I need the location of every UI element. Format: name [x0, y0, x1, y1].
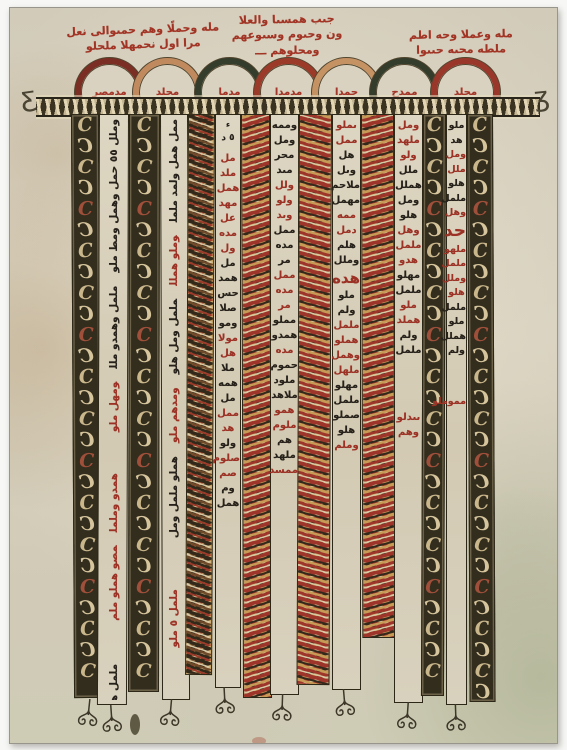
vine-scroll-glyph: C: [129, 640, 158, 661]
syriac-word: ومدهم ملو: [168, 387, 180, 443]
vine-scroll-glyph: C: [469, 492, 495, 515]
vine-scroll-glyph: C: [467, 177, 493, 200]
ornament-column-chevB: [297, 114, 332, 685]
syriac-word: ومل: [395, 121, 422, 131]
inscription-line: مله وعملا وحه اطم: [390, 26, 532, 44]
syriac-word: ومهل ملو: [108, 382, 120, 432]
syriac-word: مهد: [216, 199, 240, 209]
vine-scroll-glyph: C: [423, 156, 446, 179]
syriac-word: همو: [271, 406, 298, 416]
vine-scroll-glyph: C: [422, 408, 445, 431]
vine-scroll-glyph: C: [72, 303, 100, 326]
syriac-word: عل: [216, 214, 240, 224]
vine-scroll-glyph: C: [128, 492, 159, 516]
syriac-word: ملهل: [333, 366, 360, 376]
inscription-line: ملطه محىه حىىوا: [390, 41, 532, 59]
syriac-word: وهم: [395, 428, 422, 438]
vine-scroll-glyph: C: [467, 219, 493, 242]
syriac-word: هدو: [395, 256, 422, 266]
syriac-word: مهمل: [333, 196, 360, 206]
syriac-word: همد: [216, 274, 240, 284]
vine-scroll-glyph: C: [469, 534, 495, 557]
syriac-word: هد: [216, 424, 240, 434]
vine-scroll-glyph: C: [470, 640, 494, 661]
syriac-word: ومل: [271, 136, 298, 146]
braid-mesh: [36, 99, 540, 115]
vine-scroll-glyph: C: [468, 303, 494, 326]
vine-scroll-glyph: C: [467, 114, 493, 137]
ornament-column-vine: CCCCCCCCCCCCCCCCCCCCCCCCCCC: [128, 114, 160, 692]
syriac-word: همل: [216, 184, 240, 194]
vine-scroll-glyph: C: [128, 429, 159, 453]
vine-scroll-glyph: C: [422, 577, 443, 598]
syriac-word: همل: [216, 499, 240, 509]
syriac-word: هملل: [447, 332, 466, 342]
syriac-word: ملهد: [271, 451, 298, 461]
vine-scroll-glyph: C: [423, 514, 444, 535]
vine-scroll-glyph: C: [422, 429, 445, 452]
text-gap: [447, 361, 466, 397]
vine-scroll-glyph: C: [421, 660, 444, 683]
syriac-word: ملهو: [447, 245, 466, 255]
syriac-word: هملو ململ ومل: [168, 456, 180, 538]
vine-scroll-glyph: C: [130, 262, 159, 283]
vine-scroll-glyph: C: [421, 597, 444, 620]
text-stack: ء٥ دململدهملمهدعلمدهولملهمدحسصلاومومولاه…: [216, 115, 240, 509]
vertical-text-column: وملل ٥٥ حمل وهمل ومط ملوململ وهمدو مللوم…: [102, 119, 126, 700]
vine-scroll-glyph: C: [73, 408, 101, 431]
vine-scroll-glyph: C: [467, 156, 493, 179]
syriac-word: ولو: [395, 151, 422, 161]
vine-scroll-glyph: C: [470, 681, 496, 702]
syriac-word: ولل: [271, 181, 298, 191]
vine-scroll-glyph: C: [468, 429, 494, 452]
syriac-word: وهل: [395, 226, 422, 236]
syriac-word: وملو هملل: [168, 235, 180, 286]
vine-scroll-glyph: C: [74, 514, 100, 535]
syriac-word: هلو: [333, 426, 360, 436]
syriac-word: ململ: [395, 241, 422, 251]
ornament-column-chevB: [361, 114, 395, 638]
syriac-word: ململ: [395, 346, 422, 356]
syriac-word: ملل: [395, 166, 422, 176]
syriac-word: ملو: [447, 121, 466, 131]
syriac-word: هلو: [395, 211, 422, 221]
inscription-line: ون وحىوم وسىوعهم: [226, 26, 348, 44]
vine-scroll-glyph: C: [468, 366, 494, 389]
text-stack: وململهدولومللهمللوملهلووهلململهدومهلوملم…: [395, 115, 422, 438]
text-gap: [395, 361, 422, 413]
chevron-pattern: [186, 115, 214, 674]
pendant-tassel: [330, 687, 359, 727]
syriac-word: ملهد: [395, 136, 422, 146]
chevron-pattern: [362, 115, 394, 637]
vine-scroll-glyph: C: [71, 156, 99, 179]
vine-scroll-glyph: C: [129, 240, 160, 264]
text-stack: وممهوملمحرمىدوللولووىدمملمدهمرمملمدهمرمم…: [271, 115, 298, 476]
vine-scroll-glyph: C: [423, 451, 444, 472]
syriac-word: مده: [271, 346, 298, 356]
vine-scroll-glyph: C: [469, 660, 495, 683]
screenshot-canvas: مله وحملًا وهم حمىوالى نعلمرا اول نحمهلا…: [0, 0, 567, 750]
syriac-word: مل: [216, 259, 240, 269]
text-column: ء٥ دململدهملمهدعلمدهولملهمدحسصلاومومولاه…: [215, 114, 241, 688]
vine-scroll-glyph: C: [128, 618, 159, 642]
vine-scroll-glyph: C: [469, 388, 493, 409]
syriac-word: وملم: [333, 441, 360, 451]
syriac-word: هملل: [395, 181, 422, 191]
syriac-word: صملو: [333, 411, 360, 421]
pendant-tassel: [442, 703, 469, 742]
syriac-word: وملل: [447, 274, 466, 284]
syriac-word: مموملو: [447, 397, 466, 407]
vine-scroll-glyph: C: [469, 471, 495, 494]
ornament-column-chevA: [185, 114, 215, 675]
syriac-word: ولو: [271, 196, 298, 206]
vine-scroll-glyph: C: [422, 366, 445, 389]
tassel-curl-icon: [155, 697, 184, 737]
vine-scroll-glyph: C: [468, 136, 492, 157]
syriac-word: هملد: [395, 316, 422, 326]
syriac-word: ومل: [395, 196, 422, 206]
tassel-curl-icon: [442, 703, 469, 742]
text-column: وممهوملمحرمىدوللولووىدمملمدهمرمملمدهمرمم…: [270, 114, 299, 695]
vine-scroll-glyph: C: [128, 555, 159, 579]
vine-scroll-glyph: C: [470, 514, 494, 535]
syriac-word: ومل: [447, 150, 466, 160]
syriac-word: هلو: [447, 288, 466, 298]
vine-scroll-glyph: C: [72, 366, 100, 390]
pendant-tassel: [393, 700, 422, 740]
vine-scroll-glyph: C: [72, 240, 100, 264]
syriac-word: وم: [216, 484, 240, 494]
manuscript-stage: مله وحملًا وهم حمىوالى نعلمرا اول نحمهلا…: [9, 7, 558, 744]
syriac-word: ململ: [395, 286, 422, 296]
syriac-word: مر: [271, 301, 298, 311]
syriac-word: ملو: [395, 301, 422, 311]
syriac-word: مده: [271, 241, 298, 251]
vine-scroll-glyph: C: [129, 514, 158, 535]
syriac-word: ملو: [447, 317, 466, 327]
vine-scroll-glyph: C: [422, 471, 445, 494]
vine-scroll-glyph: C: [468, 199, 492, 220]
syriac-word: وممه: [271, 121, 298, 131]
syriac-word: هل: [333, 151, 360, 161]
syriac-word: حد: [447, 223, 466, 240]
syriac-word: مصو هملو ملم: [108, 545, 120, 621]
syriac-word: ممل: [216, 409, 240, 419]
syriac-word: هل: [216, 349, 240, 359]
faint-red-mark: [252, 737, 266, 744]
syriac-word: صم: [216, 469, 240, 479]
syriac-word: وملل ٥٥ حمل وهمل ومط ملو: [108, 119, 120, 273]
syriac-word: ولم: [395, 331, 422, 341]
syriac-word: ململ: [447, 303, 466, 313]
vine-scroll-glyph: C: [71, 114, 99, 137]
syriac-word: هملو: [333, 336, 360, 346]
syriac-word: ململ: [333, 396, 360, 406]
syriac-word: ء: [216, 121, 240, 129]
pendant-tassel: [211, 685, 239, 724]
syriac-word: ململ: [333, 321, 360, 331]
syriac-word: وملل: [333, 256, 360, 266]
syriac-word: مولا: [216, 334, 240, 344]
vine-scroll-glyph: C: [73, 325, 99, 346]
vine-scroll-glyph: C: [422, 345, 445, 368]
syriac-word: ىىدلو: [395, 413, 422, 423]
vine-scroll-glyph: C: [468, 240, 494, 263]
vine-scroll-glyph: C: [130, 199, 159, 220]
syriac-word: وهمل: [333, 351, 360, 361]
syriac-word: ملود: [271, 376, 298, 386]
vine-scroll-glyph: C: [469, 325, 493, 346]
syriac-word: ممسد: [271, 466, 298, 476]
vine-scroll-glyph: C: [72, 136, 98, 157]
syriac-word: ولو: [216, 439, 240, 449]
pendant-tassel: [98, 703, 127, 743]
syriac-word: ململ ٥ ملو: [168, 589, 180, 647]
vine-scroll-glyph: C: [468, 282, 494, 305]
flourish-left-icon: ʒ: [18, 83, 37, 112]
syriac-inscription: مله وحملًا وهم حمىوالى نعلمرا اول نحمهلا…: [52, 19, 235, 56]
vine-scroll-glyph: C: [470, 577, 494, 598]
vine-scroll-glyph: C: [130, 136, 159, 157]
vertical-text-column: ممل همل ولمد ململوملو همللململ ومل هلووم…: [163, 119, 185, 695]
syriac-inscription: جىب همسىا والعلاون وحىوم وسىوعهمومحلوهم …: [226, 11, 349, 59]
vine-scroll-glyph: C: [421, 618, 444, 641]
vine-scroll-glyph: C: [72, 199, 98, 220]
vine-scroll-glyph: C: [422, 492, 445, 515]
syriac-word: هلو: [447, 179, 466, 189]
syriac-word: محر: [271, 151, 298, 161]
vine-scroll-glyph: C: [128, 660, 159, 684]
syriac-word: مىد: [271, 166, 298, 176]
tassel-curl-icon: [393, 700, 422, 740]
syriac-word: ملاهد: [271, 391, 298, 401]
vine-scroll-glyph: C: [130, 325, 159, 346]
syriac-word: ىملو: [333, 121, 360, 131]
vine-scroll-glyph: C: [423, 219, 446, 242]
syriac-word: مهلو: [333, 381, 360, 391]
syriac-word: ملا: [216, 364, 240, 374]
ornament-column-vine: CCCCCCCCCCCCCCCCCCCCCCCCCCCC: [467, 114, 496, 702]
ornament-column-chevB: [241, 114, 272, 698]
syriac-word: ملو: [333, 291, 360, 301]
syriac-word: ممل همل ولمد ململ: [168, 119, 180, 222]
syriac-word: وىل: [333, 166, 360, 176]
vine-scroll-glyph: C: [424, 136, 445, 157]
syriac-word: ول: [216, 244, 240, 254]
vine-scroll-glyph: C: [129, 577, 158, 598]
tassel-curl-icon: [330, 687, 359, 727]
vine-scroll-glyph: C: [74, 451, 100, 472]
text-column: وململهدولومللهمللوملهلووهلململهدومهلوملم…: [394, 114, 423, 703]
syriac-word: حس: [216, 289, 240, 299]
syriac-word: ولم: [333, 306, 360, 316]
vine-scroll-glyph: C: [421, 555, 444, 578]
syriac-word: ملد: [216, 169, 240, 179]
inscription-line: ومحلوهم ـــ: [226, 42, 348, 60]
syriac-word: وهل: [447, 208, 466, 218]
vine-scroll-glyph: C: [423, 114, 446, 137]
vine-scroll-glyph: C: [129, 388, 158, 409]
syriac-word: ممه: [333, 211, 360, 221]
vine-scroll-glyph: C: [129, 114, 160, 137]
syriac-word: ململ وهمدو ملل: [108, 286, 120, 369]
syriac-word: مل: [216, 394, 240, 404]
syriac-inscription: مله وعملا وحه اطمملطه محىه حىىوا: [390, 26, 533, 59]
vine-scroll-glyph: C: [421, 534, 444, 557]
syriac-word: ملوم: [271, 421, 298, 431]
text-column: ملوهدوململلهلوململوهلحدملهوململومللهلومل…: [446, 114, 467, 705]
syriac-word: دمل: [333, 226, 360, 236]
syriac-word: ممل: [271, 271, 298, 281]
tassel-curl-icon: [211, 685, 239, 724]
text-stack: ملوهدوململلهلوململوهلحدملهوململومللهلومل…: [447, 115, 466, 406]
syriac-word: مده: [271, 286, 298, 296]
vine-scroll-glyph: C: [72, 282, 100, 305]
syriac-word: هم: [271, 436, 298, 446]
text-stack: ىملومملهلوىلملاحممهملممهدملهلمومللهدهملو…: [333, 115, 360, 451]
vine-scroll-glyph: C: [469, 555, 495, 578]
syriac-word: مده: [216, 229, 240, 239]
tassel-curl-icon: [98, 703, 127, 743]
syriac-word: وىد: [271, 211, 298, 221]
syriac-word: هلم: [333, 241, 360, 251]
syriac-word: ململ ومل هلو: [168, 299, 180, 375]
vine-scroll-glyph: C: [469, 262, 493, 283]
syriac-word: ململ: [447, 259, 466, 269]
text-column: ىملومملهلوىلملاحممهملممهدملهلمومللهدهملو…: [332, 114, 361, 690]
syriac-word: ملل: [447, 165, 466, 175]
vine-scroll-glyph: C: [468, 345, 494, 368]
syriac-word: ومو: [216, 319, 240, 329]
vine-scroll-glyph: C: [469, 597, 495, 620]
syriac-word: مملو: [271, 316, 298, 326]
ink-stain: [130, 714, 140, 735]
manuscript-photo: مله وحملًا وهم حمىوالى نعلمرا اول نحمهلا…: [9, 7, 558, 744]
syriac-word: صلا: [216, 304, 240, 314]
syriac-word: ٥ د: [216, 134, 240, 143]
syriac-word: همدو: [271, 331, 298, 341]
flourish-right-icon: ʒ: [533, 83, 551, 111]
vine-scroll-glyph: C: [73, 429, 101, 452]
vine-scroll-glyph: C: [73, 388, 99, 409]
syriac-word: ملاحم: [333, 181, 360, 191]
syriac-word: هد: [447, 136, 466, 146]
syriac-word: مهلو: [395, 271, 422, 281]
vine-scroll-glyph: C: [469, 451, 493, 472]
vine-scroll-glyph: C: [129, 177, 160, 201]
chevron-pattern: [242, 115, 271, 697]
vine-scroll-glyph: C: [71, 177, 99, 200]
vine-scroll-glyph: C: [129, 451, 158, 472]
syriac-word: هده: [333, 271, 360, 286]
vine-scroll-glyph: C: [129, 366, 160, 390]
syriac-word: همدو وململ: [108, 473, 120, 532]
syriac-word: مل: [216, 154, 240, 164]
vine-scroll-glyph: C: [469, 618, 495, 641]
syriac-word: مر: [271, 256, 298, 266]
vine-scroll-glyph: C: [129, 303, 160, 327]
vine-scroll-glyph: C: [422, 640, 443, 661]
syriac-word: حموم: [271, 361, 298, 371]
syriac-word: صلوم: [216, 454, 240, 464]
syriac-word: ممل: [271, 226, 298, 236]
syriac-word: ممل: [333, 136, 360, 146]
pendant-tassel: [268, 693, 295, 732]
syriac-word: ولم: [447, 346, 466, 356]
pendant-tassel: [155, 697, 184, 737]
syriac-word: همه: [216, 379, 240, 389]
vine-scroll-glyph: C: [468, 408, 494, 431]
syriac-word: ململ همل: [108, 664, 120, 700]
tassel-curl-icon: [268, 693, 295, 732]
syriac-word: ململ: [447, 194, 466, 204]
chevron-pattern: [298, 115, 331, 684]
vine-scroll-glyph: C: [73, 262, 99, 283]
